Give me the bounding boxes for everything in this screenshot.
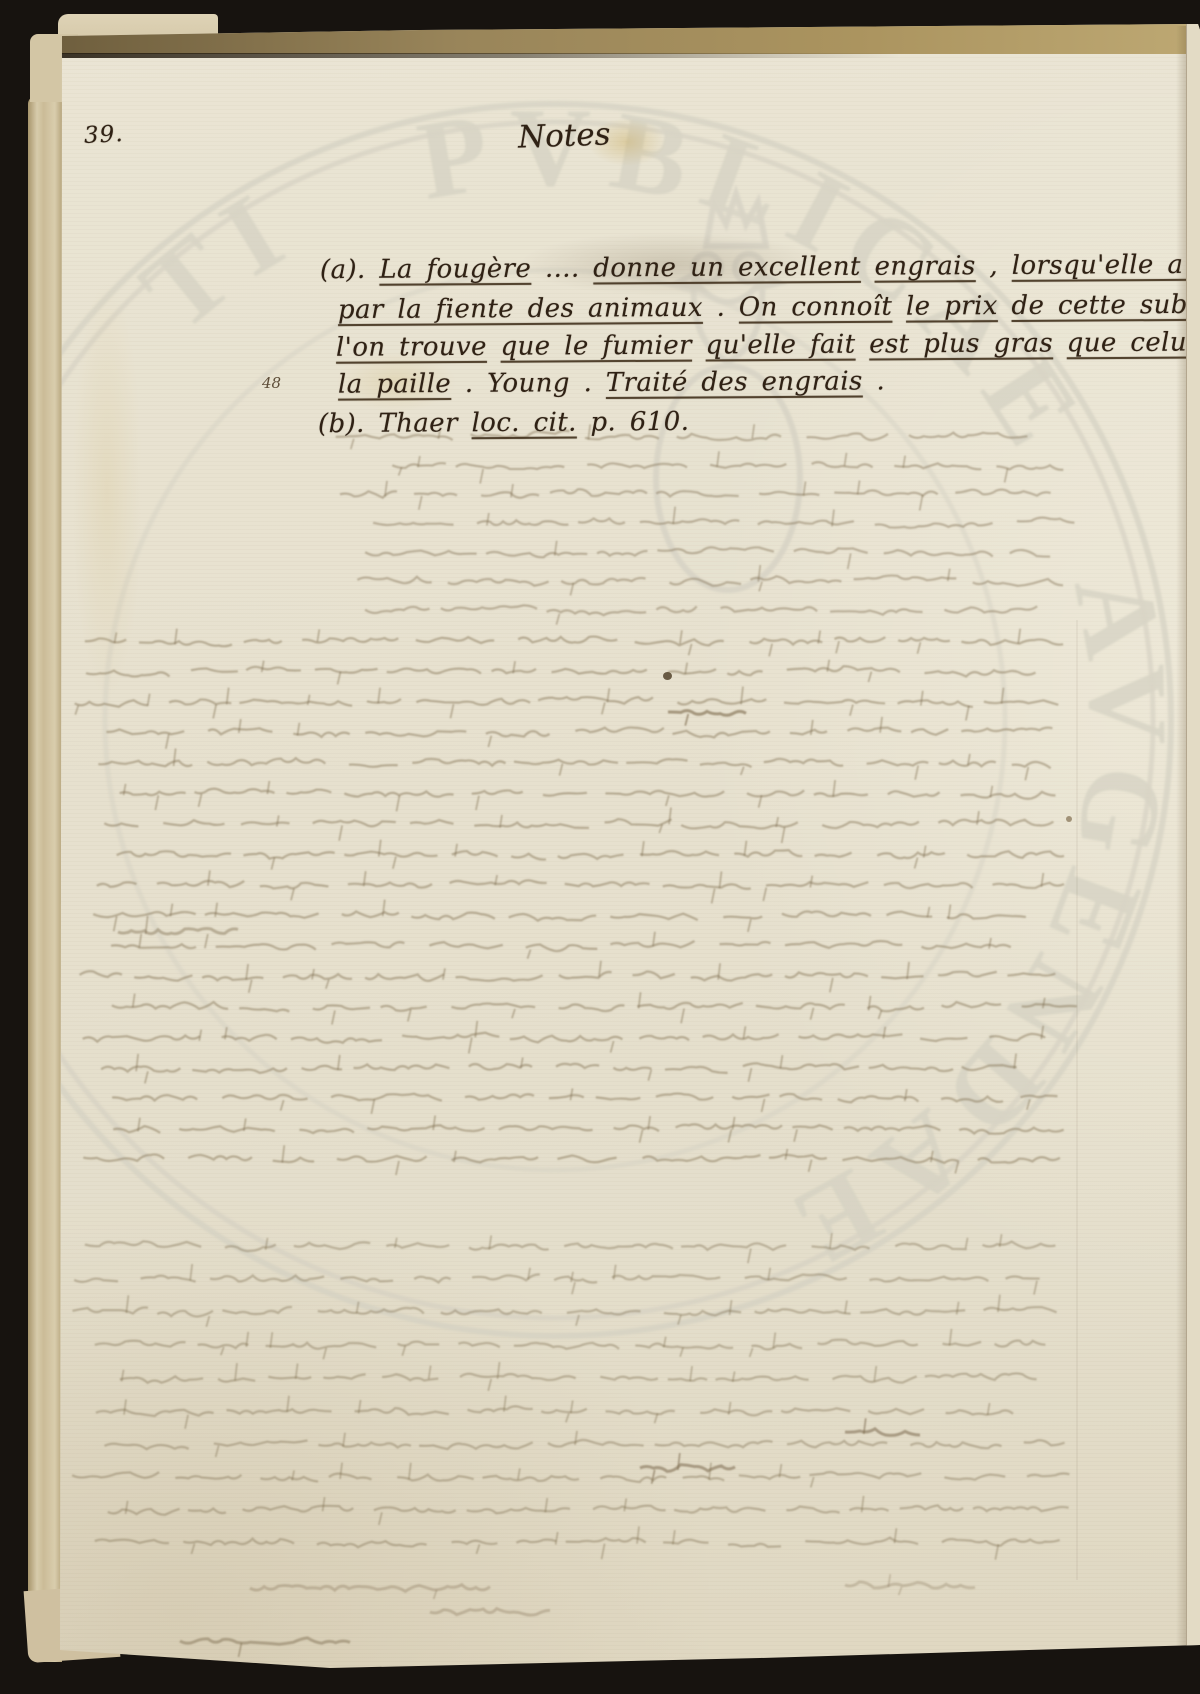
page-number: 39. bbox=[83, 121, 124, 149]
fold-crease bbox=[1076, 620, 1078, 1580]
manuscript-page: TI PVBLICAE AVGENDAE bbox=[0, 0, 1200, 1694]
page-title: Notes bbox=[517, 116, 611, 155]
note-line: l'on trouve que le fumier qu'elle fait e… bbox=[336, 327, 1200, 363]
margin-mark: 48 bbox=[262, 374, 281, 392]
note-line: (a). La fougère .... donne un excellent … bbox=[320, 249, 1200, 285]
handwritten-ink-layer: 39. Notes 48 (a). La fougère .... donne … bbox=[0, 0, 1200, 1694]
note-line: la paille . Young . Traité des engrais . bbox=[338, 366, 885, 399]
note-line: (b). Thaer loc. cit. p. 610. bbox=[318, 407, 689, 439]
book-page-edge bbox=[44, 58, 62, 1662]
page-fold-shadow bbox=[1176, 26, 1186, 1646]
next-page-edge bbox=[1186, 24, 1200, 1646]
note-line: par la fiente des animaux . On connoît l… bbox=[338, 289, 1200, 325]
scanned-manuscript-page: TI PVBLICAE AVGENDAE bbox=[0, 0, 1200, 1694]
